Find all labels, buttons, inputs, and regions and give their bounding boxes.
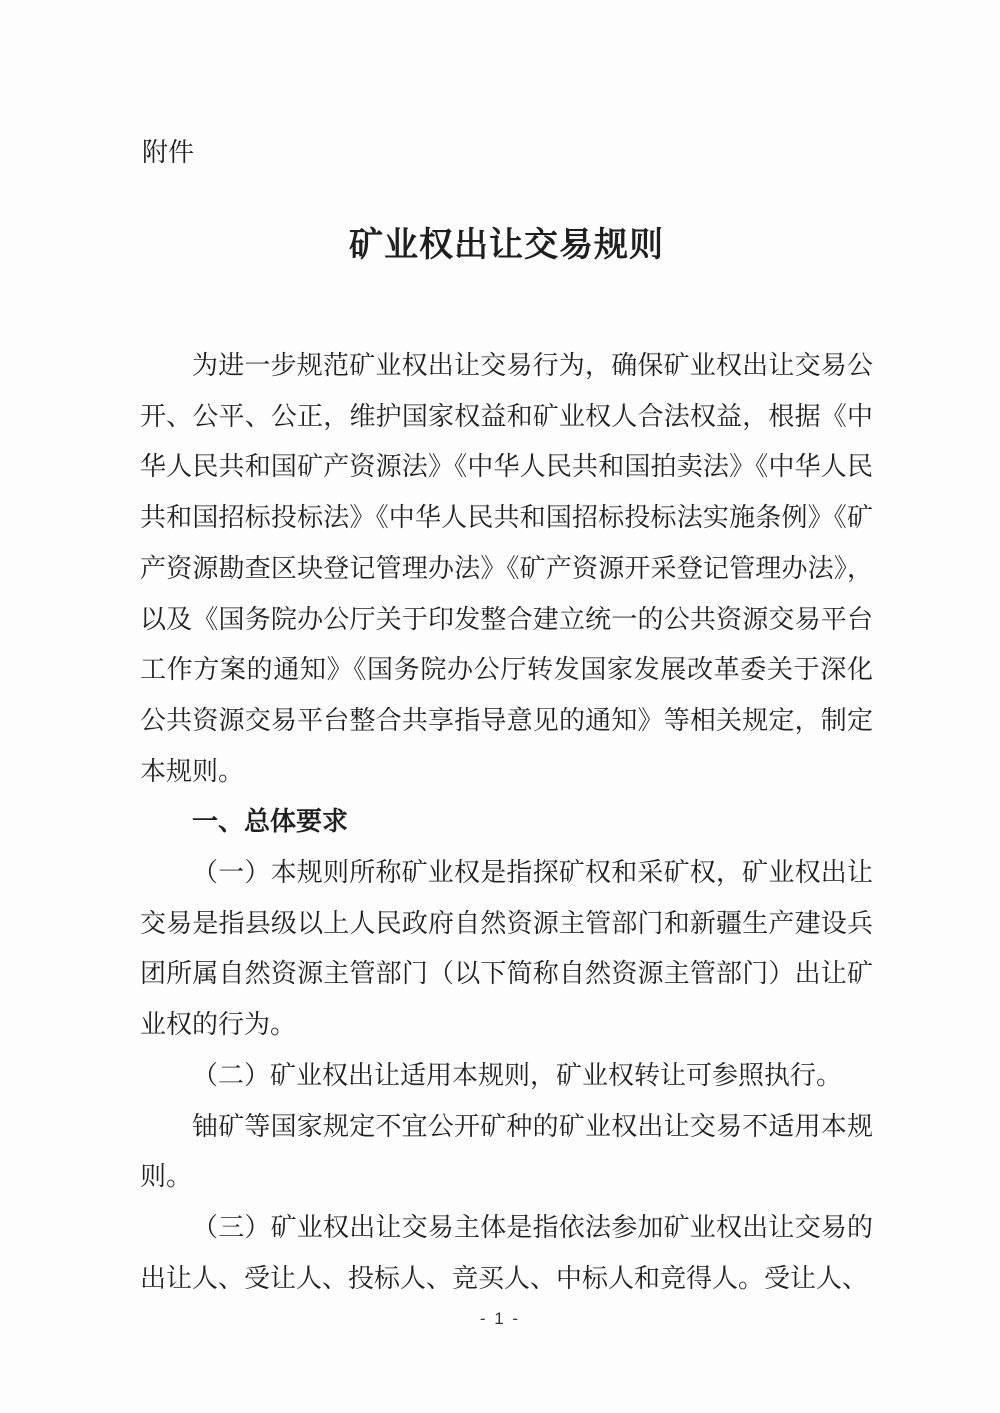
paragraph-item-2: （二）矿业权出让适用本规则，矿业权转让可参照执行。	[140, 1050, 873, 1101]
paragraph-intro: 为进一步规范矿业权出让交易行为，确保矿业权出让交易公开、公平、公正，维护国家权益…	[140, 340, 873, 796]
document-content: 附件 矿业权出让交易规则 为进一步规范矿业权出让交易行为，确保矿业权出让交易公开…	[140, 0, 873, 1303]
paragraph-uranium-exception: 铀矿等国家规定不宜公开矿种的矿业权出让交易不适用本规则。	[140, 1101, 873, 1202]
document-body: 为进一步规范矿业权出让交易行为，确保矿业权出让交易公开、公平、公正，维护国家权益…	[140, 340, 873, 1303]
heading-overall-requirements: 一、总体要求	[140, 796, 873, 847]
document-page: 附件 矿业权出让交易规则 为进一步规范矿业权出让交易行为，确保矿业权出让交易公开…	[0, 0, 1000, 1413]
paragraph-item-3: （三）矿业权出让交易主体是指依法参加矿业权出让交易的出让人、受让人、投标人、竞买…	[140, 1202, 873, 1303]
attachment-label: 附件	[142, 134, 873, 170]
document-title: 矿业权出让交易规则	[140, 221, 873, 269]
paragraph-item-1: （一）本规则所称矿业权是指探矿权和采矿权，矿业权出让交易是指县级以上人民政府自然…	[140, 847, 873, 1050]
page-number: - 1 -	[0, 1308, 1000, 1330]
